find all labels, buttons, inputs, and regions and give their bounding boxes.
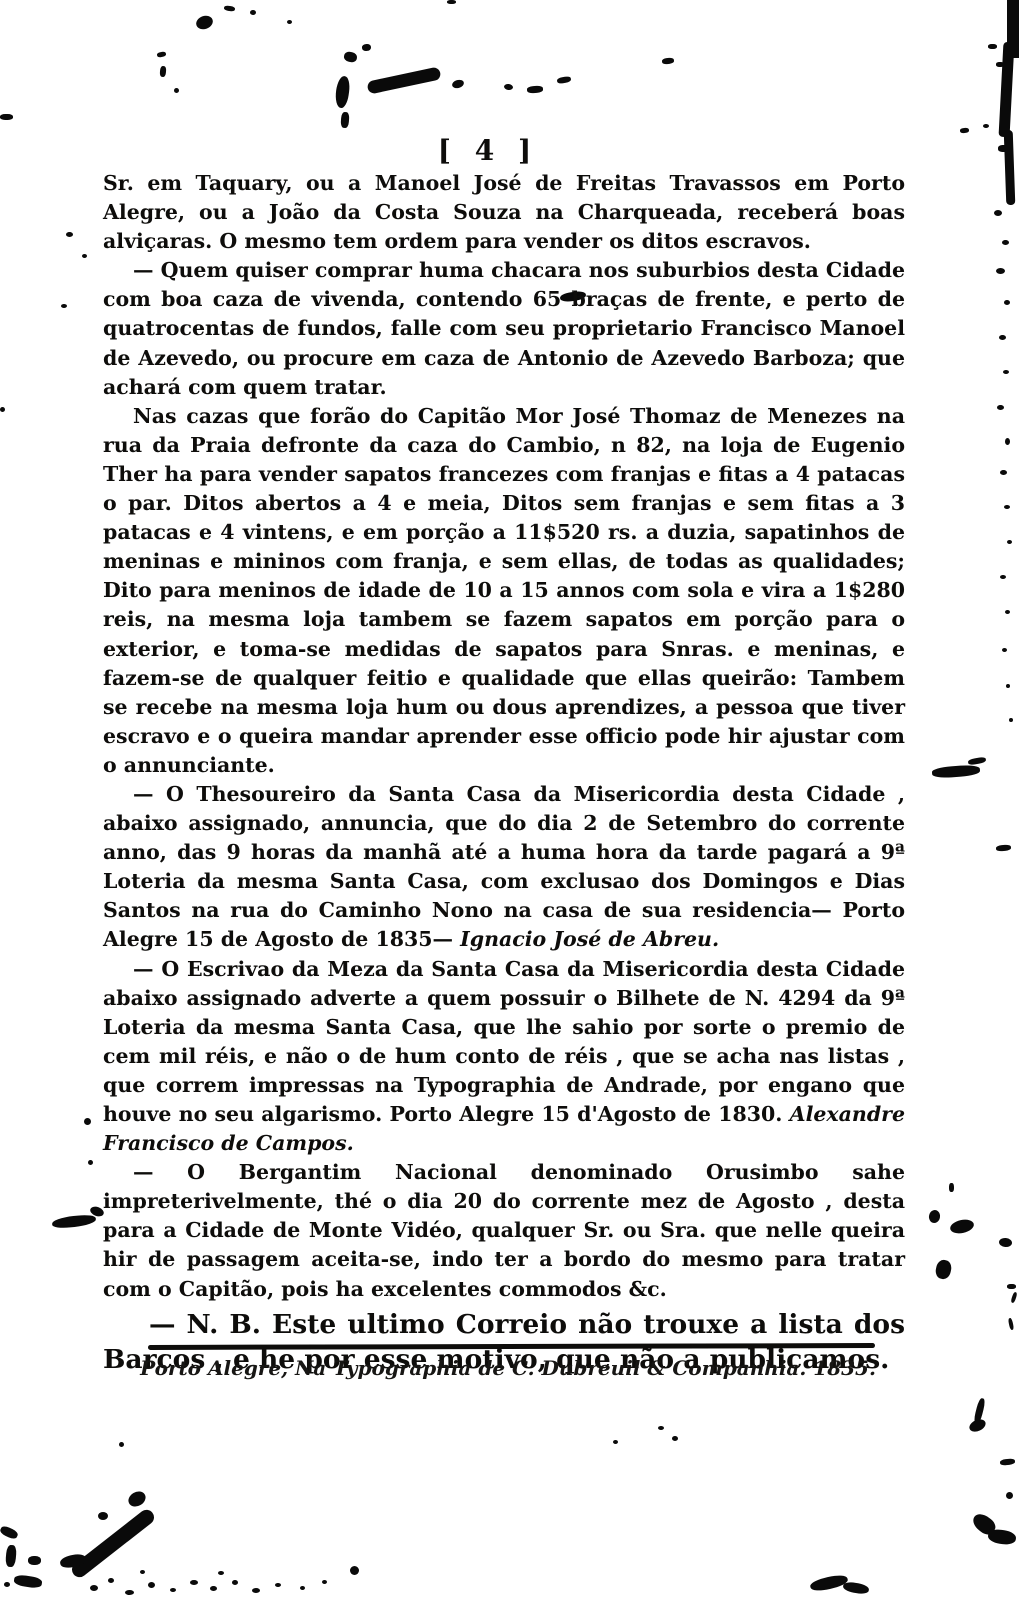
- ink-artifact: [1000, 575, 1006, 579]
- ink-artifact: [1005, 610, 1010, 614]
- ink-artifact: [928, 1209, 941, 1224]
- ink-artifact: [224, 5, 236, 11]
- ink-artifact: [343, 51, 358, 63]
- ink-artifact: [983, 124, 989, 128]
- ink-artifact: [232, 1580, 238, 1585]
- ink-artifact: [949, 1218, 975, 1236]
- paragraph-text: — O Bergantim Nacional denominado Orusim…: [103, 1160, 905, 1300]
- paragraph-lottery-clerk: — O Escrivao da Meza da Santa Casa da Mi…: [103, 955, 905, 1159]
- ink-artifact: [334, 75, 351, 108]
- ink-artifact: [340, 112, 349, 129]
- ink-artifact: [1004, 130, 1016, 205]
- ink-artifact: [1002, 648, 1007, 652]
- signature-ignacio-jose-de-abreu: Ignacio José de Abreu.: [460, 927, 719, 951]
- ink-artifact: [82, 254, 87, 258]
- ink-artifact: [1000, 1458, 1016, 1466]
- ink-artifact: [996, 62, 1004, 67]
- ink-artifact: [362, 44, 372, 52]
- ink-artifact: [252, 1588, 260, 1593]
- ink-artifact: [148, 1582, 155, 1588]
- ink-artifact: [275, 1583, 281, 1587]
- ink-artifact: [1007, 540, 1012, 544]
- paragraph-lottery-treasurer: — O Thesoureiro da Santa Casa da Miseric…: [103, 780, 905, 955]
- ink-artifact: [300, 1586, 305, 1590]
- ink-artifact: [13, 1574, 42, 1589]
- ink-artifact: [190, 1580, 198, 1585]
- ink-artifact: [504, 83, 514, 90]
- ink-artifact: [61, 304, 67, 308]
- ink-artifact: [960, 128, 969, 134]
- ink-artifact: [557, 76, 572, 84]
- ink-artifact: [250, 10, 256, 15]
- ink-artifact: [451, 79, 465, 90]
- ink-artifact: [1006, 684, 1010, 688]
- ink-artifact: [0, 407, 5, 412]
- ink-artifact: [999, 335, 1006, 340]
- ink-artifact: [999, 42, 1015, 137]
- ink-artifact: [66, 232, 73, 237]
- ink-artifact: [842, 1581, 869, 1595]
- paragraph-text: Nas cazas que forão do Capitão Mor José …: [103, 404, 905, 777]
- page-number: [ 4 ]: [103, 134, 873, 167]
- ink-artifact: [662, 57, 675, 64]
- paragraph-shoe-shop-ad: Nas cazas que forão do Capitão Mor José …: [103, 402, 905, 780]
- ink-artifact: [949, 1183, 954, 1192]
- ink-artifact: [934, 1259, 953, 1281]
- ink-artifact: [1005, 438, 1010, 445]
- ink-artifact: [1004, 505, 1010, 509]
- ink-artifact: [174, 88, 179, 93]
- ink-artifact: [447, 0, 456, 4]
- ink-artifact: [160, 66, 167, 77]
- paragraph-house-sale-ad: — Quem quiser comprar huma chacara nos s…: [103, 256, 905, 401]
- ink-artifact: [1004, 300, 1010, 305]
- ink-artifact: [672, 1436, 678, 1441]
- ink-artifact: [170, 1588, 176, 1592]
- ink-artifact: [28, 1556, 41, 1565]
- ink-artifact: [287, 20, 292, 24]
- ink-artifact: [366, 66, 441, 94]
- ink-artifact: [90, 1585, 98, 1591]
- ink-artifact: [322, 1580, 327, 1584]
- ink-artifact: [0, 1525, 19, 1541]
- ink-artifact: [98, 1512, 108, 1520]
- ink-artifact: [84, 1118, 91, 1125]
- ink-artifact: [932, 764, 981, 778]
- ink-artifact: [194, 13, 214, 31]
- ink-artifact: [613, 1440, 618, 1444]
- text-column: Sr. em Taquary, ou a Manoel José de Frei…: [103, 169, 905, 1377]
- ink-artifact: [999, 1237, 1013, 1247]
- ink-artifact: [988, 44, 997, 49]
- ink-artifact: [210, 1586, 217, 1591]
- ink-artifact: [1008, 1318, 1014, 1331]
- ink-artifact: [1007, 1284, 1016, 1289]
- ink-artifact: [1009, 718, 1013, 722]
- ink-artifact: [4, 1582, 10, 1587]
- ink-artifact: [218, 1571, 224, 1575]
- ink-artifact: [125, 1590, 134, 1595]
- ink-artifact: [1006, 1492, 1013, 1499]
- ink-artifact: [5, 1545, 17, 1568]
- ink-artifact: [996, 268, 1005, 274]
- paragraph-text: — Quem quiser comprar huma chacara nos s…: [103, 258, 905, 398]
- ink-artifact: [968, 756, 987, 765]
- ink-artifact: [967, 1417, 987, 1434]
- ink-artifact: [1000, 470, 1007, 475]
- document-page: [ 4 ] Sr. em Taquary, ou a Manoel José d…: [0, 0, 1019, 1600]
- ink-artifact: [108, 1578, 114, 1583]
- ink-artifact: [658, 1426, 664, 1430]
- paragraph-brigantine-notice: — O Bergantim Nacional denominado Orusim…: [103, 1158, 905, 1303]
- ink-artifact: [987, 1528, 1017, 1546]
- ink-artifact: [527, 85, 543, 93]
- ink-artifact: [1010, 1292, 1017, 1304]
- imprint-line: Porto Alegre, Na Typographia de C. Dubre…: [118, 1356, 898, 1380]
- ink-artifact: [994, 210, 1002, 216]
- ink-artifact: [998, 145, 1009, 152]
- ink-artifact: [1003, 370, 1009, 374]
- ink-artifact: [997, 405, 1004, 410]
- ink-artifact: [119, 1442, 124, 1447]
- ink-artifact: [126, 1488, 149, 1509]
- ink-artifact: [52, 1214, 97, 1230]
- paragraph-slave-sale-continuation: Sr. em Taquary, ou a Manoel José de Frei…: [103, 169, 905, 256]
- ink-artifact: [69, 1507, 157, 1580]
- ink-artifact: [996, 844, 1011, 851]
- ink-artifact: [350, 1566, 359, 1575]
- ink-artifact: [157, 51, 167, 57]
- paragraph-text: — O Escrivao da Meza da Santa Casa da Mi…: [103, 957, 905, 1126]
- ink-artifact: [88, 1160, 93, 1165]
- ink-artifact: [0, 114, 13, 120]
- paragraph-text: Sr. em Taquary, ou a Manoel José de Frei…: [103, 171, 905, 253]
- ink-artifact: [140, 1570, 145, 1574]
- ink-artifact: [1002, 240, 1009, 245]
